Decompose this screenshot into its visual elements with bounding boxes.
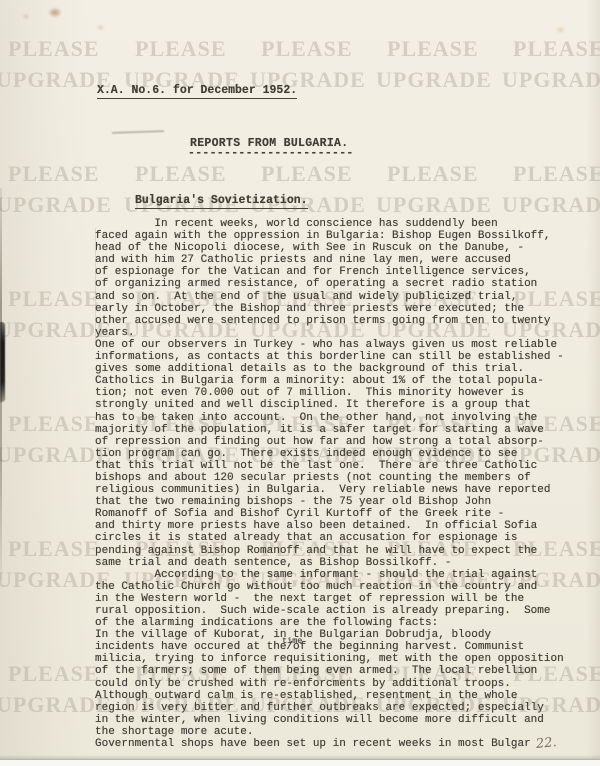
reference-line: X.A. No.6. for December 1952. bbox=[97, 84, 297, 99]
page-number: 22. bbox=[535, 735, 557, 752]
document-page: PLEASEPLEASEPLEASEPLEASEPLEASEUPGRADEUPG… bbox=[0, 0, 600, 766]
typed-insertion: time bbox=[282, 636, 302, 646]
section-heading: Bulgaria's Sovietization. bbox=[135, 194, 308, 209]
body-text: In recent weeks, world conscience has su… bbox=[95, 218, 564, 750]
title-underline: ----------------------- bbox=[188, 147, 354, 160]
